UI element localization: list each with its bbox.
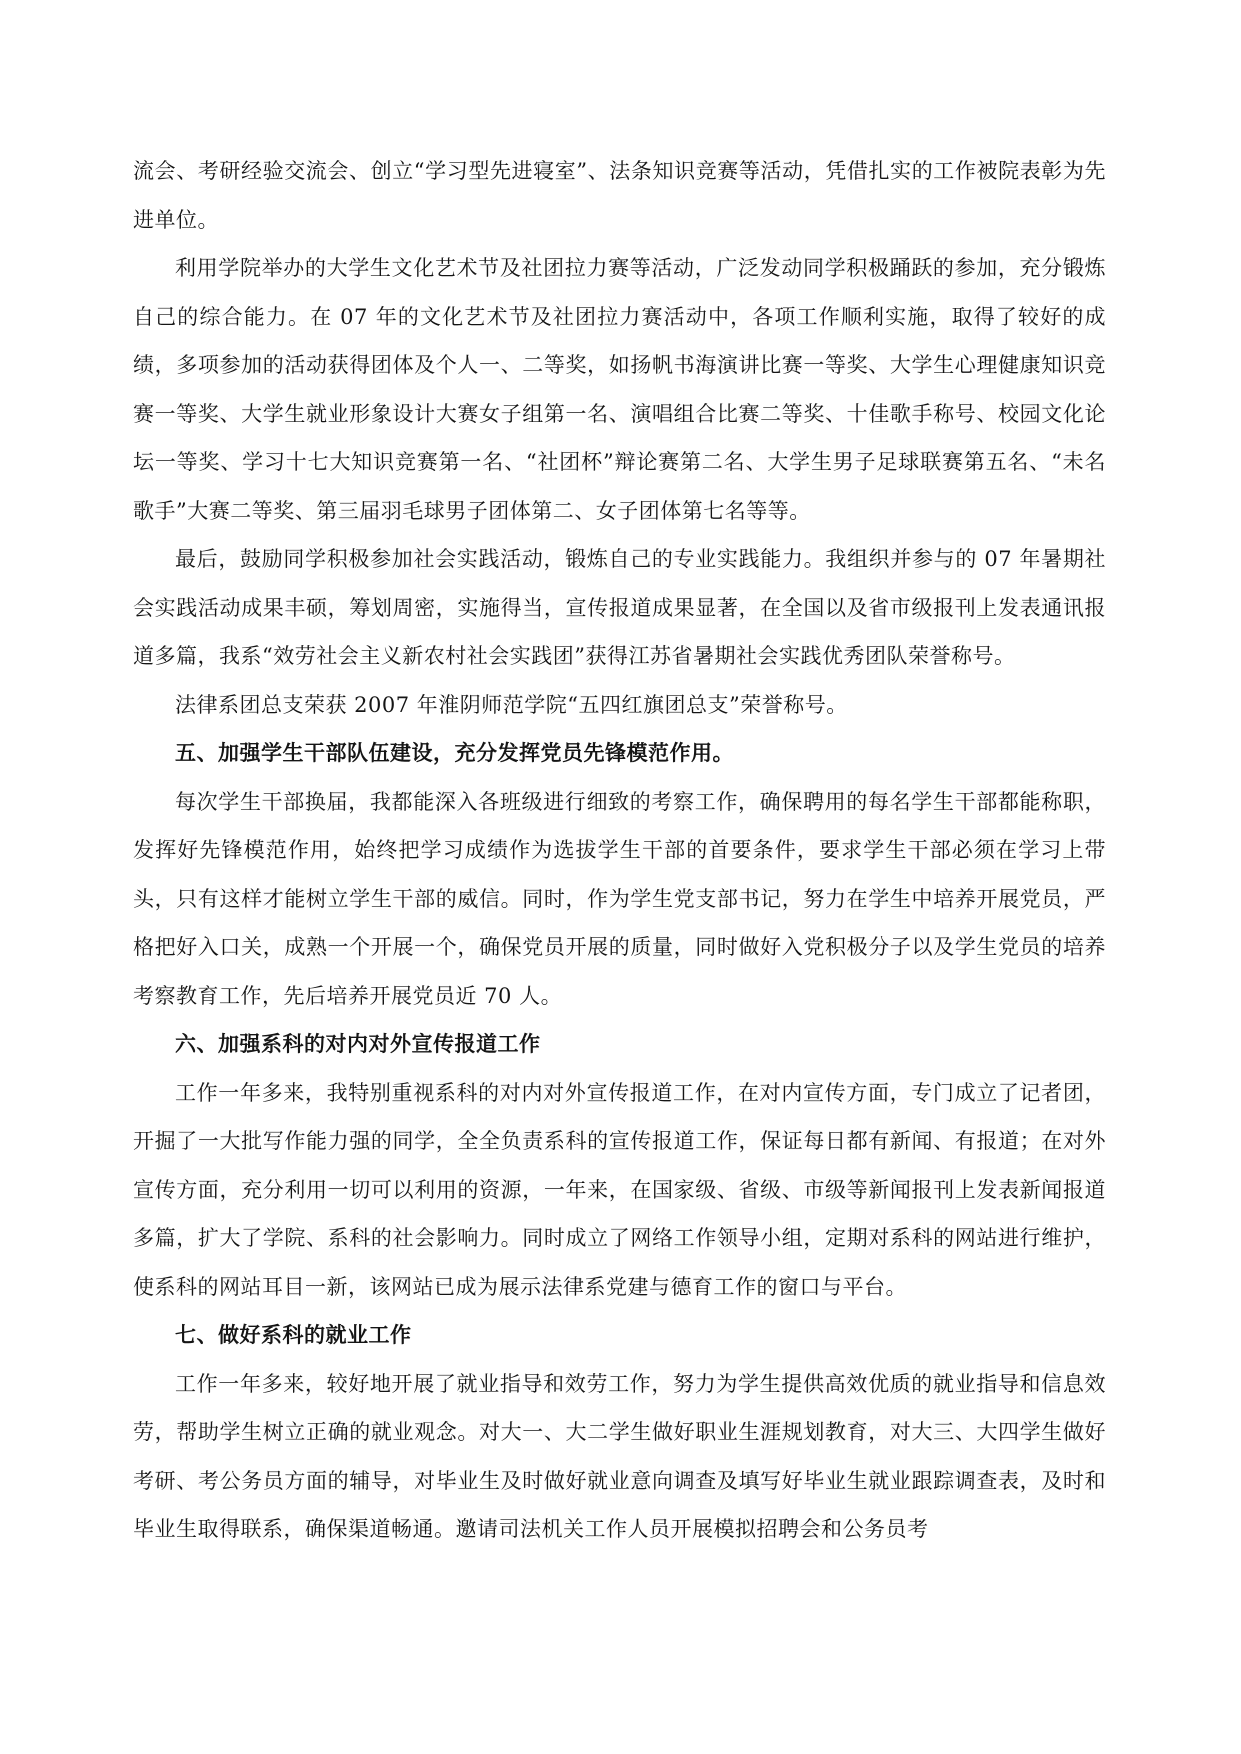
document-page: 流会、考研经验交流会、创立“学习型先进寝室”、法条知识竞赛等活动，凭借扎实的工作… (0, 0, 1241, 1754)
paragraph: 每次学生干部换届，我都能深入各班级进行细致的考察工作，确保聘用的每名学生干部都能… (133, 778, 1106, 1021)
paragraph: 工作一年多来，我特别重视系科的对内对外宣传报道工作，在对内宣传方面，专门成立了记… (133, 1069, 1106, 1312)
document-body: 流会、考研经验交流会、创立“学习型先进寝室”、法条知识竞赛等活动，凭借扎实的工作… (133, 147, 1106, 1554)
section-heading-5: 五、加强学生干部队伍建设，充分发挥党员先锋模范作用。 (133, 729, 1106, 778)
paragraph: 利用学院举办的大学生文化艺术节及社团拉力赛等活动，广泛发动同学积极踊跃的参加，充… (133, 244, 1106, 535)
paragraph: 法律系团总支荣获 2007 年淮阴师范学院“五四红旗团总支”荣誉称号。 (133, 681, 1106, 730)
paragraph-continuation: 流会、考研经验交流会、创立“学习型先进寝室”、法条知识竞赛等活动，凭借扎实的工作… (133, 147, 1106, 244)
section-heading-6: 六、加强系科的对内对外宣传报道工作 (133, 1020, 1106, 1069)
paragraph: 工作一年多来，较好地开展了就业指导和效劳工作，努力为学生提供高效优质的就业指导和… (133, 1360, 1106, 1554)
section-heading-7: 七、做好系科的就业工作 (133, 1311, 1106, 1360)
paragraph: 最后，鼓励同学积极参加社会实践活动，锻炼自己的专业实践能力。我组织并参与的 07… (133, 535, 1106, 681)
